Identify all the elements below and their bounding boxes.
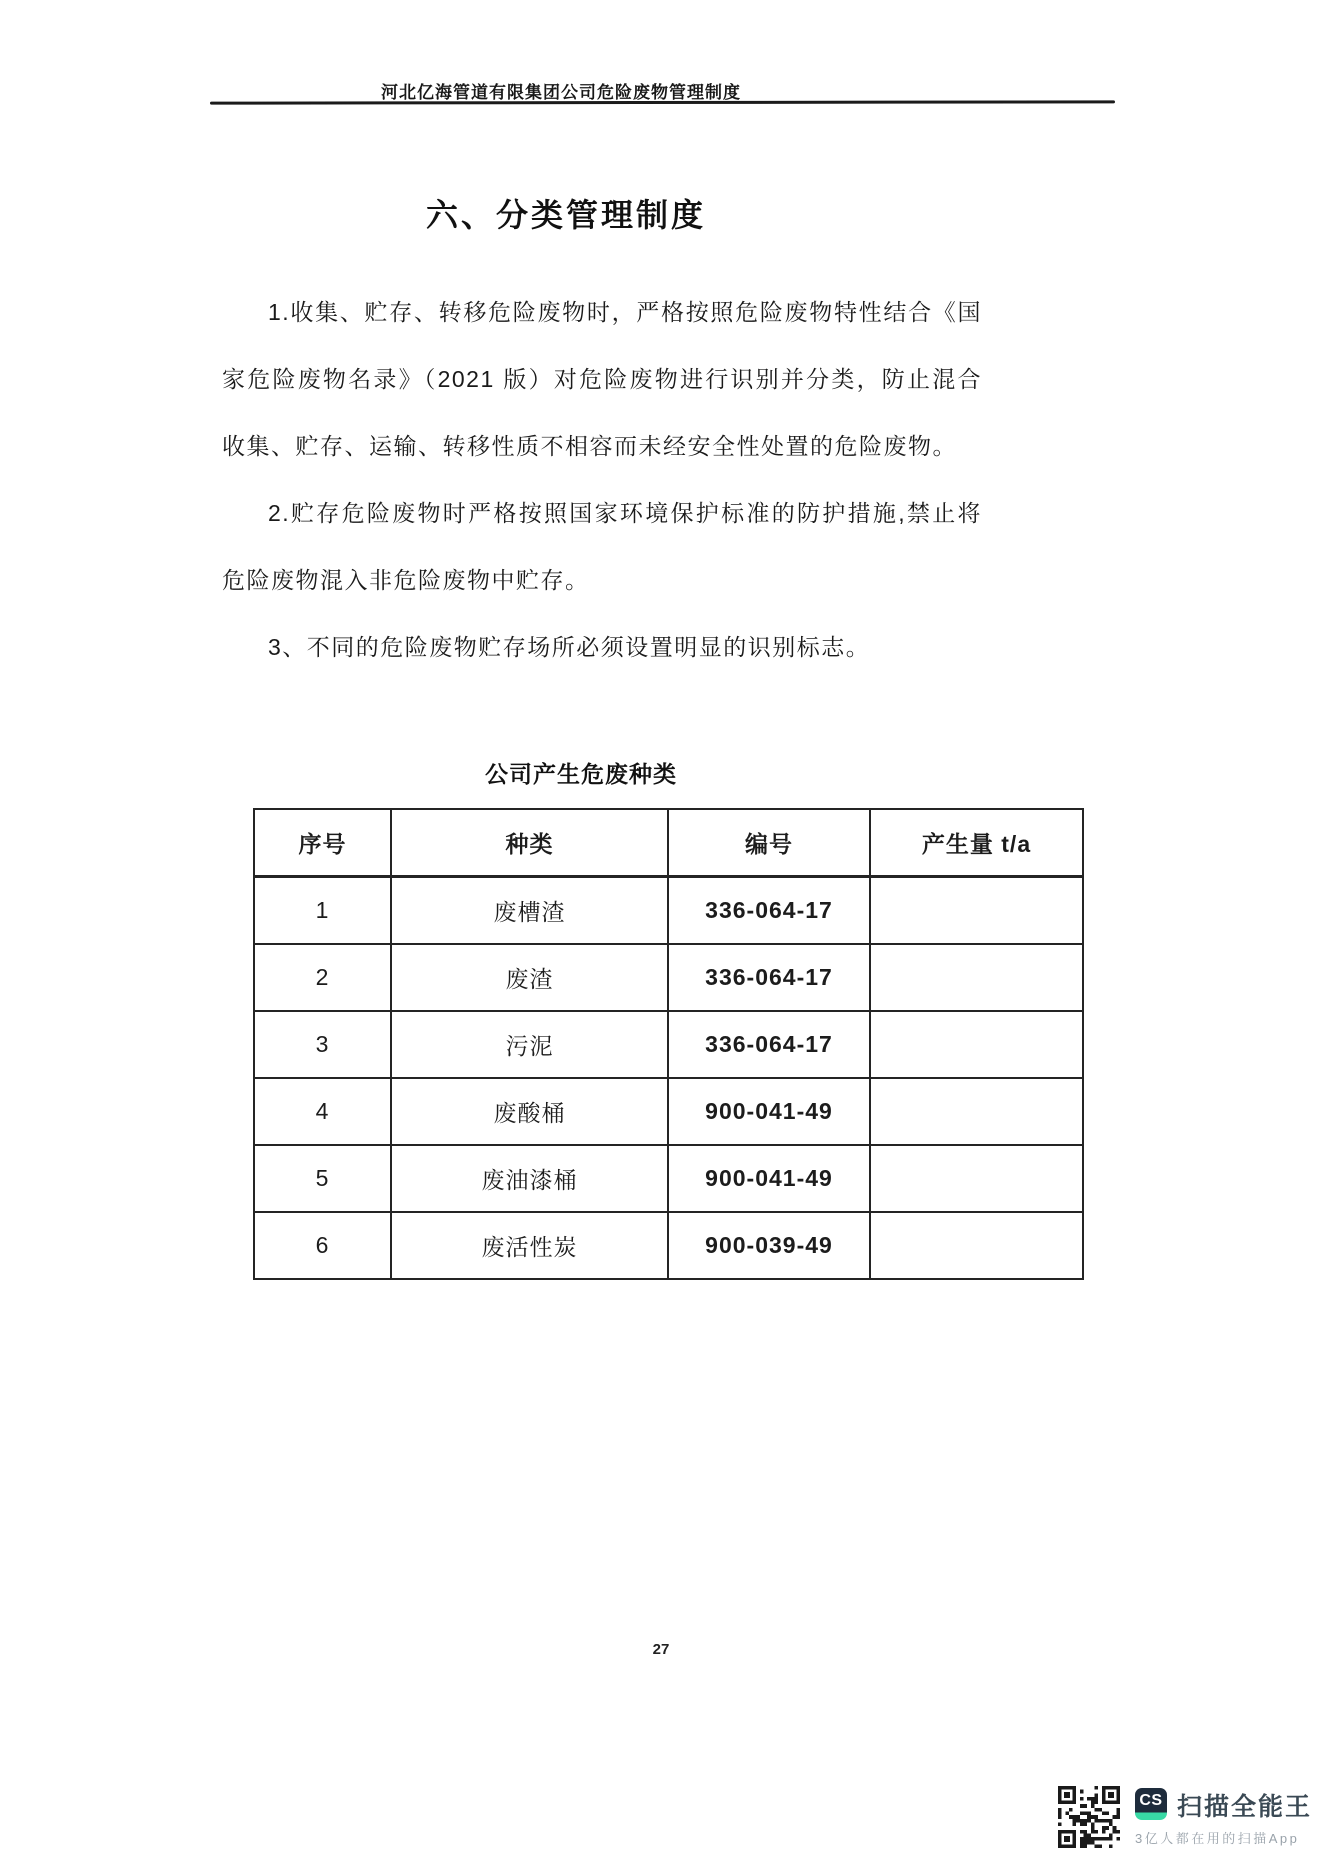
cell-output: [870, 944, 1083, 1011]
cell-type: 废渣: [391, 944, 668, 1011]
header-type: 种类: [391, 809, 668, 877]
header-output: 产生量 t/a: [870, 809, 1083, 877]
cell-serial: 6: [254, 1212, 391, 1279]
cell-type: 废油漆桶: [391, 1145, 668, 1212]
cell-code: 336-064-17: [668, 1011, 870, 1078]
cell-code: 900-041-49: [668, 1078, 870, 1145]
cell-output: [870, 877, 1083, 945]
body-text: 1.收集、贮存、转移危险废物时，严格按照危险废物特性结合《国家危险废物名录》（2…: [222, 279, 982, 681]
cell-code: 336-064-17: [668, 877, 870, 945]
qr-code-icon: [1058, 1786, 1120, 1848]
document-header: 河北亿海管道有限集团公司危险废物管理制度: [0, 78, 1222, 103]
table-header-row: 序号 种类 编号 产生量 t/a: [254, 809, 1083, 877]
cell-output: [870, 1212, 1083, 1279]
cell-code: 900-041-49: [668, 1145, 870, 1212]
table-title: 公司产生危废种类: [0, 756, 1242, 789]
cell-serial: 1: [254, 877, 391, 945]
paragraph-2: 2.贮存危险废物时严格按照国家环境保护标准的防护措施,禁止将危险废物混入非危险废…: [222, 480, 982, 614]
cell-type: 废酸桶: [391, 1078, 668, 1145]
cell-type: 污泥: [391, 1011, 668, 1078]
paragraph-3: 3、不同的危险废物贮存场所必须设置明显的识别标志。: [222, 614, 982, 681]
waste-types-table: 序号 种类 编号 产生量 t/a 1 废槽渣 336-064-17 2 废渣 3…: [253, 808, 1084, 1280]
cell-type: 废活性炭: [391, 1212, 668, 1279]
cell-serial: 4: [254, 1078, 391, 1145]
cell-serial: 5: [254, 1145, 391, 1212]
scanner-app-name: 扫描全能王: [1177, 1787, 1312, 1823]
cell-serial: 3: [254, 1011, 391, 1078]
page-number: 27: [0, 1641, 1322, 1658]
camscanner-logo-icon: CS: [1135, 1788, 1167, 1820]
cell-output: [870, 1145, 1083, 1212]
table-row: 1 废槽渣 336-064-17: [254, 877, 1083, 945]
cell-code: 900-039-49: [668, 1212, 870, 1279]
scanned-document-page: 河北亿海管道有限集团公司危险废物管理制度 六、分类管理制度 1.收集、贮存、转移…: [0, 0, 1322, 1871]
section-title: 六、分类管理制度: [0, 190, 1227, 236]
cell-output: [870, 1078, 1083, 1145]
paragraph-1: 1.收集、贮存、转移危险废物时，严格按照危险废物特性结合《国家危险废物名录》（2…: [222, 279, 982, 480]
header-serial: 序号: [254, 809, 391, 877]
scanner-watermark: CS 扫描全能王 3亿人都在用的扫描App: [1058, 1784, 1314, 1856]
cell-output: [870, 1011, 1083, 1078]
cell-code: 336-064-17: [668, 944, 870, 1011]
table-row: 5 废油漆桶 900-041-49: [254, 1145, 1083, 1212]
scanner-tagline: 3亿人都在用的扫描App: [1135, 1828, 1299, 1847]
header-code: 编号: [668, 809, 870, 877]
cell-type: 废槽渣: [391, 877, 668, 945]
header-rule: [210, 100, 1115, 104]
cell-serial: 2: [254, 944, 391, 1011]
table-row: 3 污泥 336-064-17: [254, 1011, 1083, 1078]
table-row: 4 废酸桶 900-041-49: [254, 1078, 1083, 1145]
table-row: 6 废活性炭 900-039-49: [254, 1212, 1083, 1279]
table-row: 2 废渣 336-064-17: [254, 944, 1083, 1011]
